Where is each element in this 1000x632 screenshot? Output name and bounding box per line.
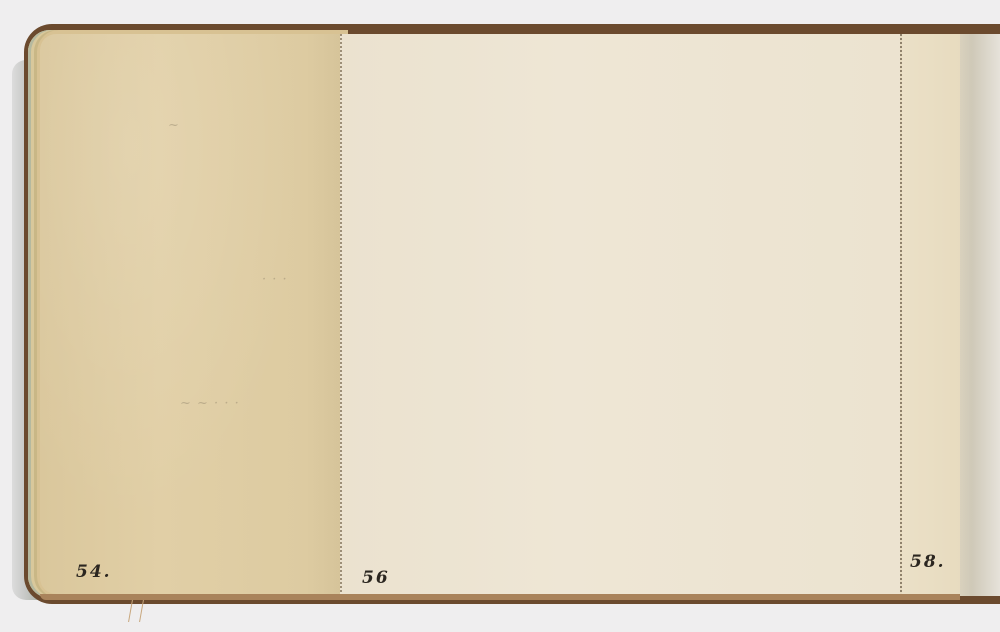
sketchbook-photo: ~ · · · ~ ~ · · · 54. 56 58. <box>0 0 1000 632</box>
page-56 <box>340 34 902 596</box>
page-fold-shadow <box>306 34 340 594</box>
page-number-56: 56 <box>362 568 390 588</box>
faint-sketch-mark: ~ ~ · · · <box>180 396 240 411</box>
faint-sketch-mark: · · · <box>262 272 288 287</box>
far-right-page-edge <box>960 34 1000 596</box>
page-58 <box>900 34 962 596</box>
page-54 <box>40 34 340 594</box>
bottom-page-edge <box>40 594 960 600</box>
loose-thread <box>128 600 144 622</box>
page-number-58: 58. <box>910 552 946 572</box>
page-number-54: 54. <box>76 562 112 582</box>
faint-sketch-mark: ~ <box>168 118 180 133</box>
